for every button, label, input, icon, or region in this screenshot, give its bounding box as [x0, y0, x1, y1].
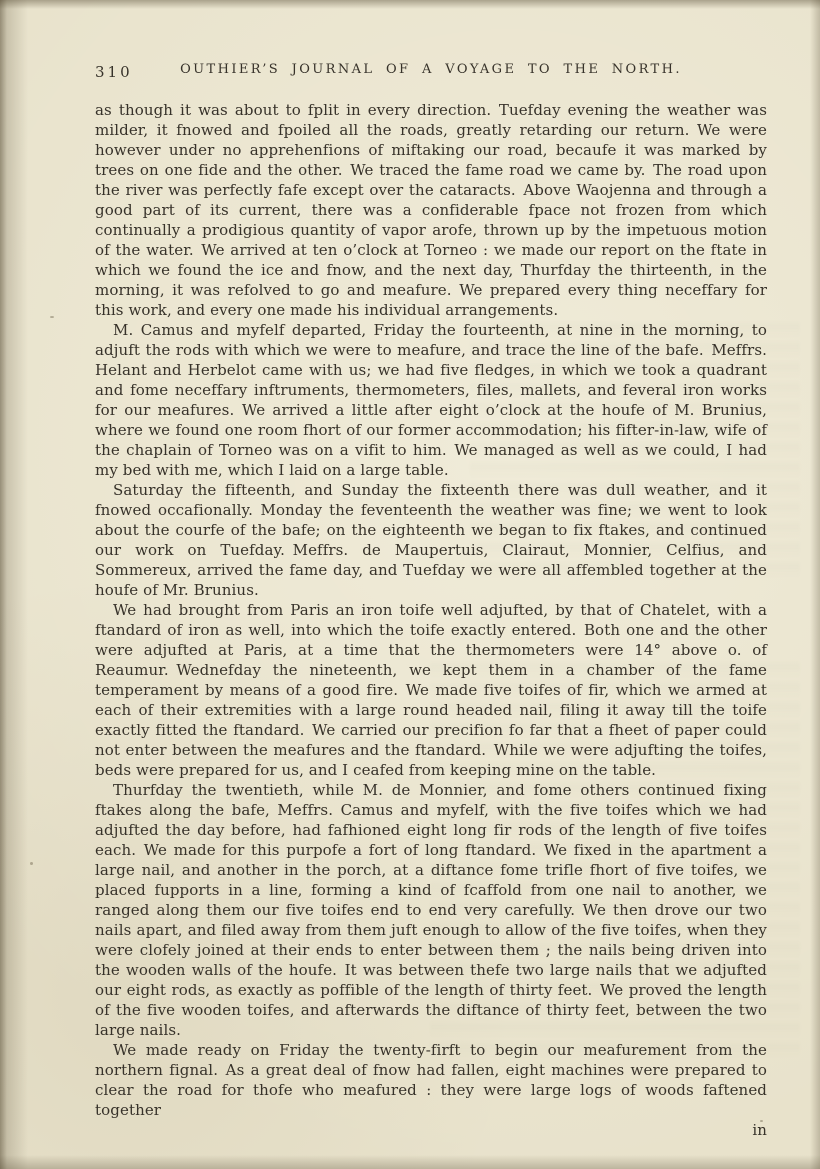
running-title: OUTHIER’S JOURNAL OF A VOYAGE TO THE NOR…	[95, 62, 767, 77]
page-header: 310 OUTHIER’S JOURNAL OF A VOYAGE TO THE…	[95, 62, 767, 84]
paragraph-1: as though it was about to fplit in every…	[95, 100, 767, 320]
page-text-block: as though it was about to fplit in every…	[95, 100, 767, 1140]
paragraph-2: M. Camus and myfelf departed, Friday the…	[95, 320, 767, 480]
catchword-row: in	[95, 1120, 767, 1140]
scan-speck	[50, 316, 54, 318]
paragraph-4: We had brought from Paris an iron toife …	[95, 600, 767, 780]
paragraph-6: We made ready on Friday the twenty-firft…	[95, 1040, 767, 1120]
paragraph-5: Thurfday the twentieth, while M. de Monn…	[95, 780, 767, 1040]
page-number: 310	[95, 63, 133, 81]
catchword: in	[752, 1121, 767, 1139]
book-page: 310 OUTHIER’S JOURNAL OF A VOYAGE TO THE…	[0, 0, 820, 1169]
paragraph-3: Saturday the fifteenth, and Sunday the f…	[95, 480, 767, 600]
scan-speck	[30, 862, 33, 865]
